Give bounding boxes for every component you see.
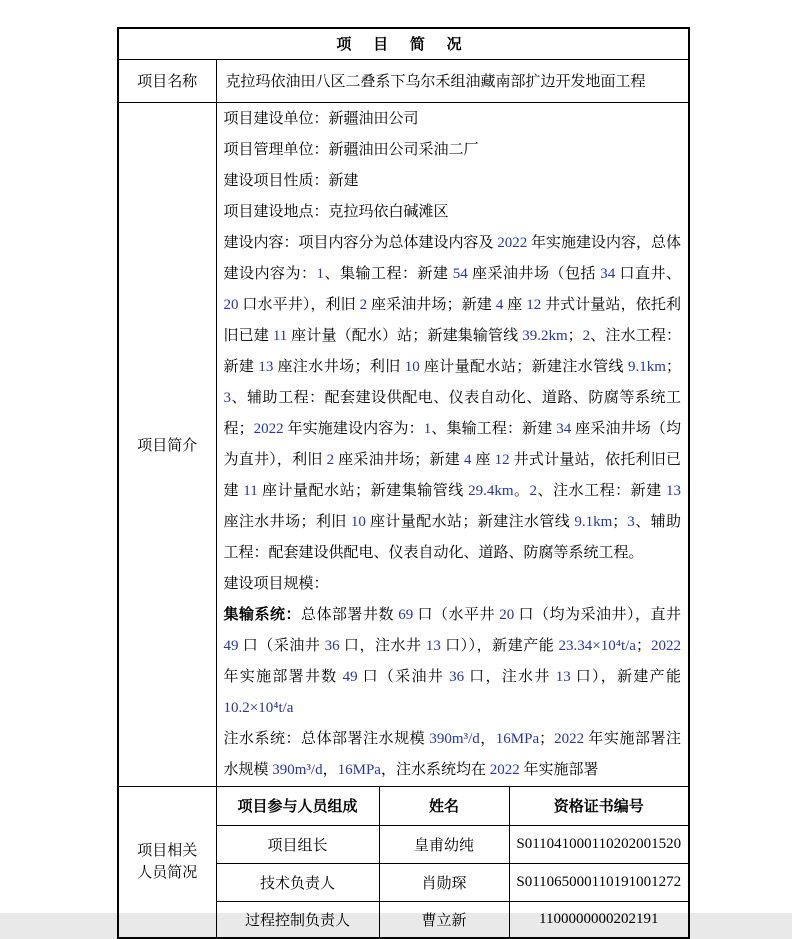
people-section-label: 项目相关 人员简况 (118, 786, 216, 938)
intro-paragraph: 建设项目规模： (224, 569, 682, 600)
intro-paragraph: 建设项目性质：新建 (224, 166, 682, 197)
person-name: 皇甫幼纯 (379, 825, 509, 863)
intro-paragraph: 项目建设单位：新疆油田公司 (224, 104, 682, 135)
person-cert: 1100000000202191 (509, 901, 689, 938)
person-role: 项目组长 (216, 825, 379, 863)
page-title: 项 目 简 况 (118, 28, 689, 59)
table-row: 项目简介 项目建设单位：新疆油田公司项目管理单位：新疆油田公司采油二厂建设项目性… (118, 102, 689, 786)
project-name-label: 项目名称 (118, 59, 216, 102)
intro-paragraph: 项目建设地点：克拉玛依白碱滩区 (224, 197, 682, 228)
person-cert: S011065000110191001272 (509, 863, 689, 901)
table-row: 项目名称 克拉玛依油田八区二叠系下乌尔禾组油藏南部扩边开发地面工程 (118, 59, 689, 102)
table-row: 项 目 简 况 (118, 28, 689, 59)
document-page: 项 目 简 况 项目名称 克拉玛依油田八区二叠系下乌尔禾组油藏南部扩边开发地面工… (0, 0, 792, 913)
project-name-value: 克拉玛依油田八区二叠系下乌尔禾组油藏南部扩边开发地面工程 (216, 59, 689, 102)
table-row: 项目相关 人员简况 项目参与人员组成 姓名 资格证书编号 (118, 786, 689, 825)
person-name: 肖勋琛 (379, 863, 509, 901)
people-header-role: 项目参与人员组成 (216, 786, 379, 825)
project-overview-table: 项 目 简 况 项目名称 克拉玛依油田八区二叠系下乌尔禾组油藏南部扩边开发地面工… (117, 27, 690, 939)
person-cert: S011041000110202001520 (509, 825, 689, 863)
intro-paragraph: 集输系统：总体部署井数 69 口（水平井 20 口（均为采油井），直井 49 口… (224, 600, 682, 724)
people-header-cert: 资格证书编号 (509, 786, 689, 825)
project-intro-label: 项目简介 (118, 102, 216, 786)
person-name: 曹立新 (379, 901, 509, 938)
intro-paragraph: 注水系统：总体部署注水规模 390m³/d，16MPa；2022 年实施部署注水… (224, 724, 682, 786)
person-role: 技术负责人 (216, 863, 379, 901)
project-intro-paragraphs: 项目建设单位：新疆油田公司项目管理单位：新疆油田公司采油二厂建设项目性质：新建项… (216, 102, 689, 786)
intro-paragraph: 项目管理单位：新疆油田公司采油二厂 (224, 135, 682, 166)
intro-paragraph: 建设内容：项目内容分为总体建设内容及 2022 年实施建设内容，总体建设内容为：… (224, 228, 682, 569)
people-header-name: 姓名 (379, 786, 509, 825)
person-role: 过程控制负责人 (216, 901, 379, 938)
